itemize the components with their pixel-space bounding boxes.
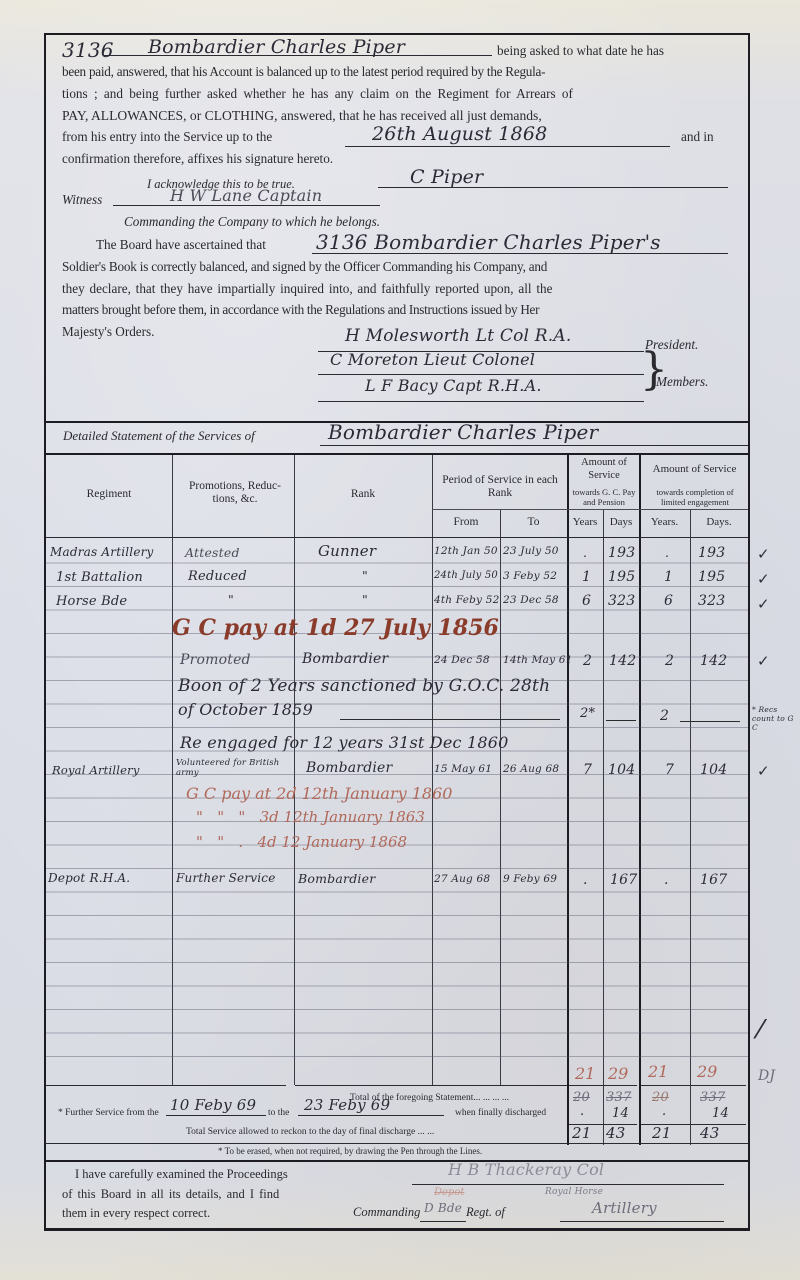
row13-rank: Bombardier (298, 871, 375, 886)
red-subtotal-gc-days: 29 (608, 1064, 628, 1083)
row9-rank: Bombardier (306, 760, 392, 776)
header-from: From (432, 516, 500, 529)
board-line-3: they declare, that they have impartially… (62, 281, 552, 297)
member1-signature: C Moreton Lieut Colonel (330, 350, 535, 369)
commander-signature: H B Thackeray Col (448, 1160, 604, 1179)
row2-regiment: 1st Battalion (56, 570, 143, 585)
row5-gc-days: 142 (609, 653, 636, 669)
row5-lim-days: 142 (700, 653, 727, 669)
declaration-line-3: tions ; and being further asked whether … (62, 86, 573, 102)
table-header-top-rule (46, 453, 748, 455)
row2-to: 3 Feby 52 (503, 570, 557, 582)
service-record-page: 3136 Bombardier Charles Piper being aske… (0, 0, 800, 1280)
row1-to: 23 July 50 (503, 545, 559, 557)
row9-lim-years: 7 (665, 762, 674, 778)
col-line-lim (748, 455, 750, 1145)
total-service-label: Total Service allowed to reckon to the d… (186, 1127, 434, 1137)
row13-regiment: Depot R.H.A. (48, 871, 130, 885)
brigade: D Bde (424, 1201, 462, 1215)
check-mark-icon: ✓ (757, 652, 770, 670)
row3-from: 4th Feby 52 (434, 594, 499, 606)
gc-pay-note-1860: G C pay at 2d 12th January 1860 (186, 784, 452, 803)
declaration-line-4: PAY, ALLOWANCES, or CLOTHING, answered, … (62, 108, 542, 124)
certification-top-rule (46, 1160, 748, 1162)
witness-caption: Commanding the Company to which he belon… (124, 214, 380, 230)
declaration-line-6: confirmation therefore, affixes his sign… (62, 151, 333, 167)
row5-lim-years: 2 (665, 653, 674, 669)
further-to-date: 23 Feby 69 (304, 1096, 390, 1114)
further-gc-days: 14 (612, 1106, 629, 1121)
row13-lim-days: 167 (700, 872, 727, 888)
subtotal-rule-lim (641, 1085, 746, 1086)
row1-gc-days: 193 (608, 545, 635, 561)
red-subtotal-lim-days: 29 (697, 1062, 717, 1081)
commanding-label: Commanding (353, 1205, 420, 1220)
certification-line-3: them in every respect correct. (62, 1206, 210, 1221)
foregoing-gc-years: 20 (573, 1090, 590, 1105)
header-lim-days: Days. (690, 516, 748, 529)
row13-gc-days: 167 (610, 872, 637, 888)
row7-lim-days-dash (680, 721, 740, 722)
row2-rank: " (362, 568, 368, 583)
further-service-label: * Further Service from the (58, 1108, 159, 1118)
header-rank: Rank (294, 488, 432, 501)
row5-promotion: Promoted (180, 652, 251, 668)
period-subheader-rule (432, 509, 567, 510)
row2-lim-days: 195 (698, 569, 725, 585)
row9-gc-days: 104 (608, 762, 635, 778)
total-gc-days: 43 (606, 1124, 626, 1142)
row2-promotion: Reduced (188, 569, 247, 584)
row3-to: 23 Dec 58 (503, 594, 559, 606)
frame-bottom-rule (44, 1228, 750, 1231)
row5-rank: Bombardier (302, 651, 388, 667)
red-subtotal-gc-years: 21 (575, 1064, 595, 1083)
statement-name-handwritten: Bombardier Charles Piper (328, 420, 598, 444)
row3-regiment: Horse Bde (56, 594, 127, 609)
row2-gc-years: 1 (582, 569, 591, 585)
row3-rank: " (362, 592, 368, 607)
row1-lim-years: . (665, 545, 669, 560)
row1-rank: Gunner (318, 542, 376, 560)
header-bottom-rule (46, 537, 748, 538)
soldier-name-handwritten: Bombardier Charles Piper (148, 36, 405, 58)
header-gc-sub: towards G. C. Pay and Pension (569, 487, 639, 507)
check-mark-icon: ✓ (757, 545, 770, 563)
certification-line-2: of this Board in all its details, and I … (62, 1187, 279, 1202)
row7-lim-years: 2 (660, 708, 669, 724)
header-lim-years: Years. (639, 516, 690, 529)
footnote: * To be erased, when not required, by dr… (218, 1146, 482, 1156)
board-line-5: Majesty's Orders. (62, 324, 154, 340)
row9-regiment: Royal Artillery (52, 763, 140, 777)
header-limited-title: Amount of Service (641, 463, 748, 476)
declaration-line-5: from his entry into the Service up to th… (62, 129, 272, 145)
witness-signature: H W Lane Captain (170, 186, 322, 205)
boon-note-line-1: Boon of 2 Years sanctioned by G.O.C. 28t… (178, 676, 550, 696)
further-tail-label: when finally discharged (455, 1108, 546, 1118)
witness-label: Witness (62, 192, 102, 208)
member2-signature: L F Bacy Capt R.H.A. (365, 376, 542, 395)
row1-gc-years: . (583, 545, 587, 560)
limited-subheader-rule (639, 509, 748, 510)
header-limited-sub: towards completion of limited engagement (645, 487, 745, 507)
row13-from: 27 Aug 68 (434, 873, 490, 885)
total-lim-years: 21 (652, 1124, 672, 1142)
header-to: To (500, 516, 567, 529)
row1-regiment: Madras Artillery (50, 545, 154, 559)
header-gc-title: Amount of Service (575, 456, 633, 482)
declaration-line-2: been paid, answered, that his Account is… (62, 64, 545, 80)
declaration-line-5-tail: and in (681, 129, 714, 145)
row3-gc-days: 323 (608, 593, 635, 609)
gc-pay-note-1863: " " " 3d 12th January 1863 (196, 808, 425, 826)
board-line-2: Soldier's Book is correctly balanced, an… (62, 259, 547, 275)
boon-note-line-2: of October 1859 (178, 700, 313, 719)
margin-note: * Recs count to G C (752, 705, 798, 732)
row5-gc-years: 2 (583, 653, 592, 669)
regiment: Artillery (592, 1199, 657, 1217)
row9-from: 15 May 61 (434, 763, 492, 775)
foregoing-lim-days: 337 (700, 1090, 725, 1105)
footnote-top-rule (46, 1143, 748, 1144)
foregoing-lim-years: 20 (652, 1090, 669, 1105)
row1-lim-days: 193 (698, 545, 725, 561)
further-gc-years: . (580, 1104, 584, 1119)
regiment-added: Royal Horse (545, 1187, 603, 1197)
totals-left-rule (46, 1085, 286, 1086)
row3-gc-years: 6 (582, 593, 591, 609)
members-label: Members. (656, 374, 708, 390)
row2-from: 24th July 50 (434, 570, 498, 581)
row9-lim-days: 104 (700, 762, 727, 778)
total-lim-days: 43 (700, 1124, 720, 1142)
row13-lim-years: . (664, 872, 669, 888)
further-lim-years: . (662, 1104, 666, 1119)
reengaged-note: Re engaged for 12 years 31st Dec 1860 (180, 733, 508, 752)
further-lim-days: 14 (712, 1106, 729, 1121)
check-mark-icon: ✓ (757, 570, 770, 588)
header-regiment: Regiment (46, 488, 172, 501)
row13-to: 9 Feby 69 (503, 873, 557, 885)
header-gc-years: Years (567, 516, 603, 529)
subtotal-rule-gc (569, 1085, 637, 1086)
row9-to: 26 Aug 68 (503, 763, 559, 775)
further-from-date: 10 Feby 69 (170, 1096, 256, 1114)
boon-rule (340, 702, 560, 720)
total-gc-years: 21 (572, 1124, 592, 1142)
paid-up-to-date: 26th August 1868 (372, 123, 547, 145)
board-soldier-handwritten: 3136 Bombardier Charles Piper's (316, 230, 661, 254)
regiment-struck: Depot (434, 1187, 464, 1198)
row2-lim-years: 1 (664, 569, 673, 585)
declaration-line-1: being asked to what date he has (497, 43, 664, 59)
row5-from: 24 Dec 58 (434, 654, 490, 666)
regt-of-label: Regt. of (466, 1205, 505, 1220)
check-mark-icon: ✓ (757, 595, 770, 613)
row13-promotion: Further Service (176, 871, 276, 885)
board-lead-text: The Board have ascertained that (96, 237, 266, 252)
row9-gc-years: 7 (583, 762, 592, 778)
row1-from: 12th Jan 50 (434, 545, 498, 557)
row2-gc-days: 195 (608, 569, 635, 585)
gc-subheader-rule (567, 509, 639, 510)
board-line-4: matters brought before them, in accordan… (62, 302, 539, 318)
margin-initials: DJ (758, 1068, 775, 1084)
row3-promotion: " (228, 592, 234, 607)
soldier-signature: C Piper (410, 166, 483, 188)
row1-promotion: Attested (185, 545, 240, 560)
row7-gc-days-dash (606, 720, 636, 721)
check-mark-icon: ✓ (757, 762, 770, 780)
gc-pay-note-1868: " " . 4d 12 January 1868 (196, 833, 407, 851)
margin-pen-stroke-icon: ⁄ (758, 1015, 762, 1045)
certification-line-1: I have carefully examined the Proceeding… (75, 1167, 288, 1182)
foregoing-gc-days: 337 (606, 1090, 631, 1105)
totals-right-rule (295, 1085, 567, 1086)
row3-lim-years: 6 (664, 593, 673, 609)
further-to-label: to the (268, 1108, 289, 1118)
row7-gc-years: 2* (580, 706, 595, 721)
row13-gc-years: . (583, 872, 588, 888)
header-promotions: Promotions, Reduc-tions, &c. (180, 480, 290, 506)
header-gc-days: Days (603, 516, 639, 529)
row3-lim-days: 323 (698, 593, 725, 609)
gc-pay-note-1856: G C pay at 1d 27 July 1856 (172, 615, 499, 641)
row9-promotion: Volunteered for British army (176, 758, 291, 778)
statement-title: Detailed Statement of the Services of (63, 428, 255, 444)
header-period: Period of Service in each Rank (440, 474, 560, 500)
board-lead: The Board have ascertained that (96, 237, 266, 253)
red-subtotal-lim-years: 21 (648, 1062, 668, 1081)
president-signature: H Molesworth Lt Col R.A. (345, 326, 571, 346)
row5-to: 14th May 61 (503, 654, 573, 666)
